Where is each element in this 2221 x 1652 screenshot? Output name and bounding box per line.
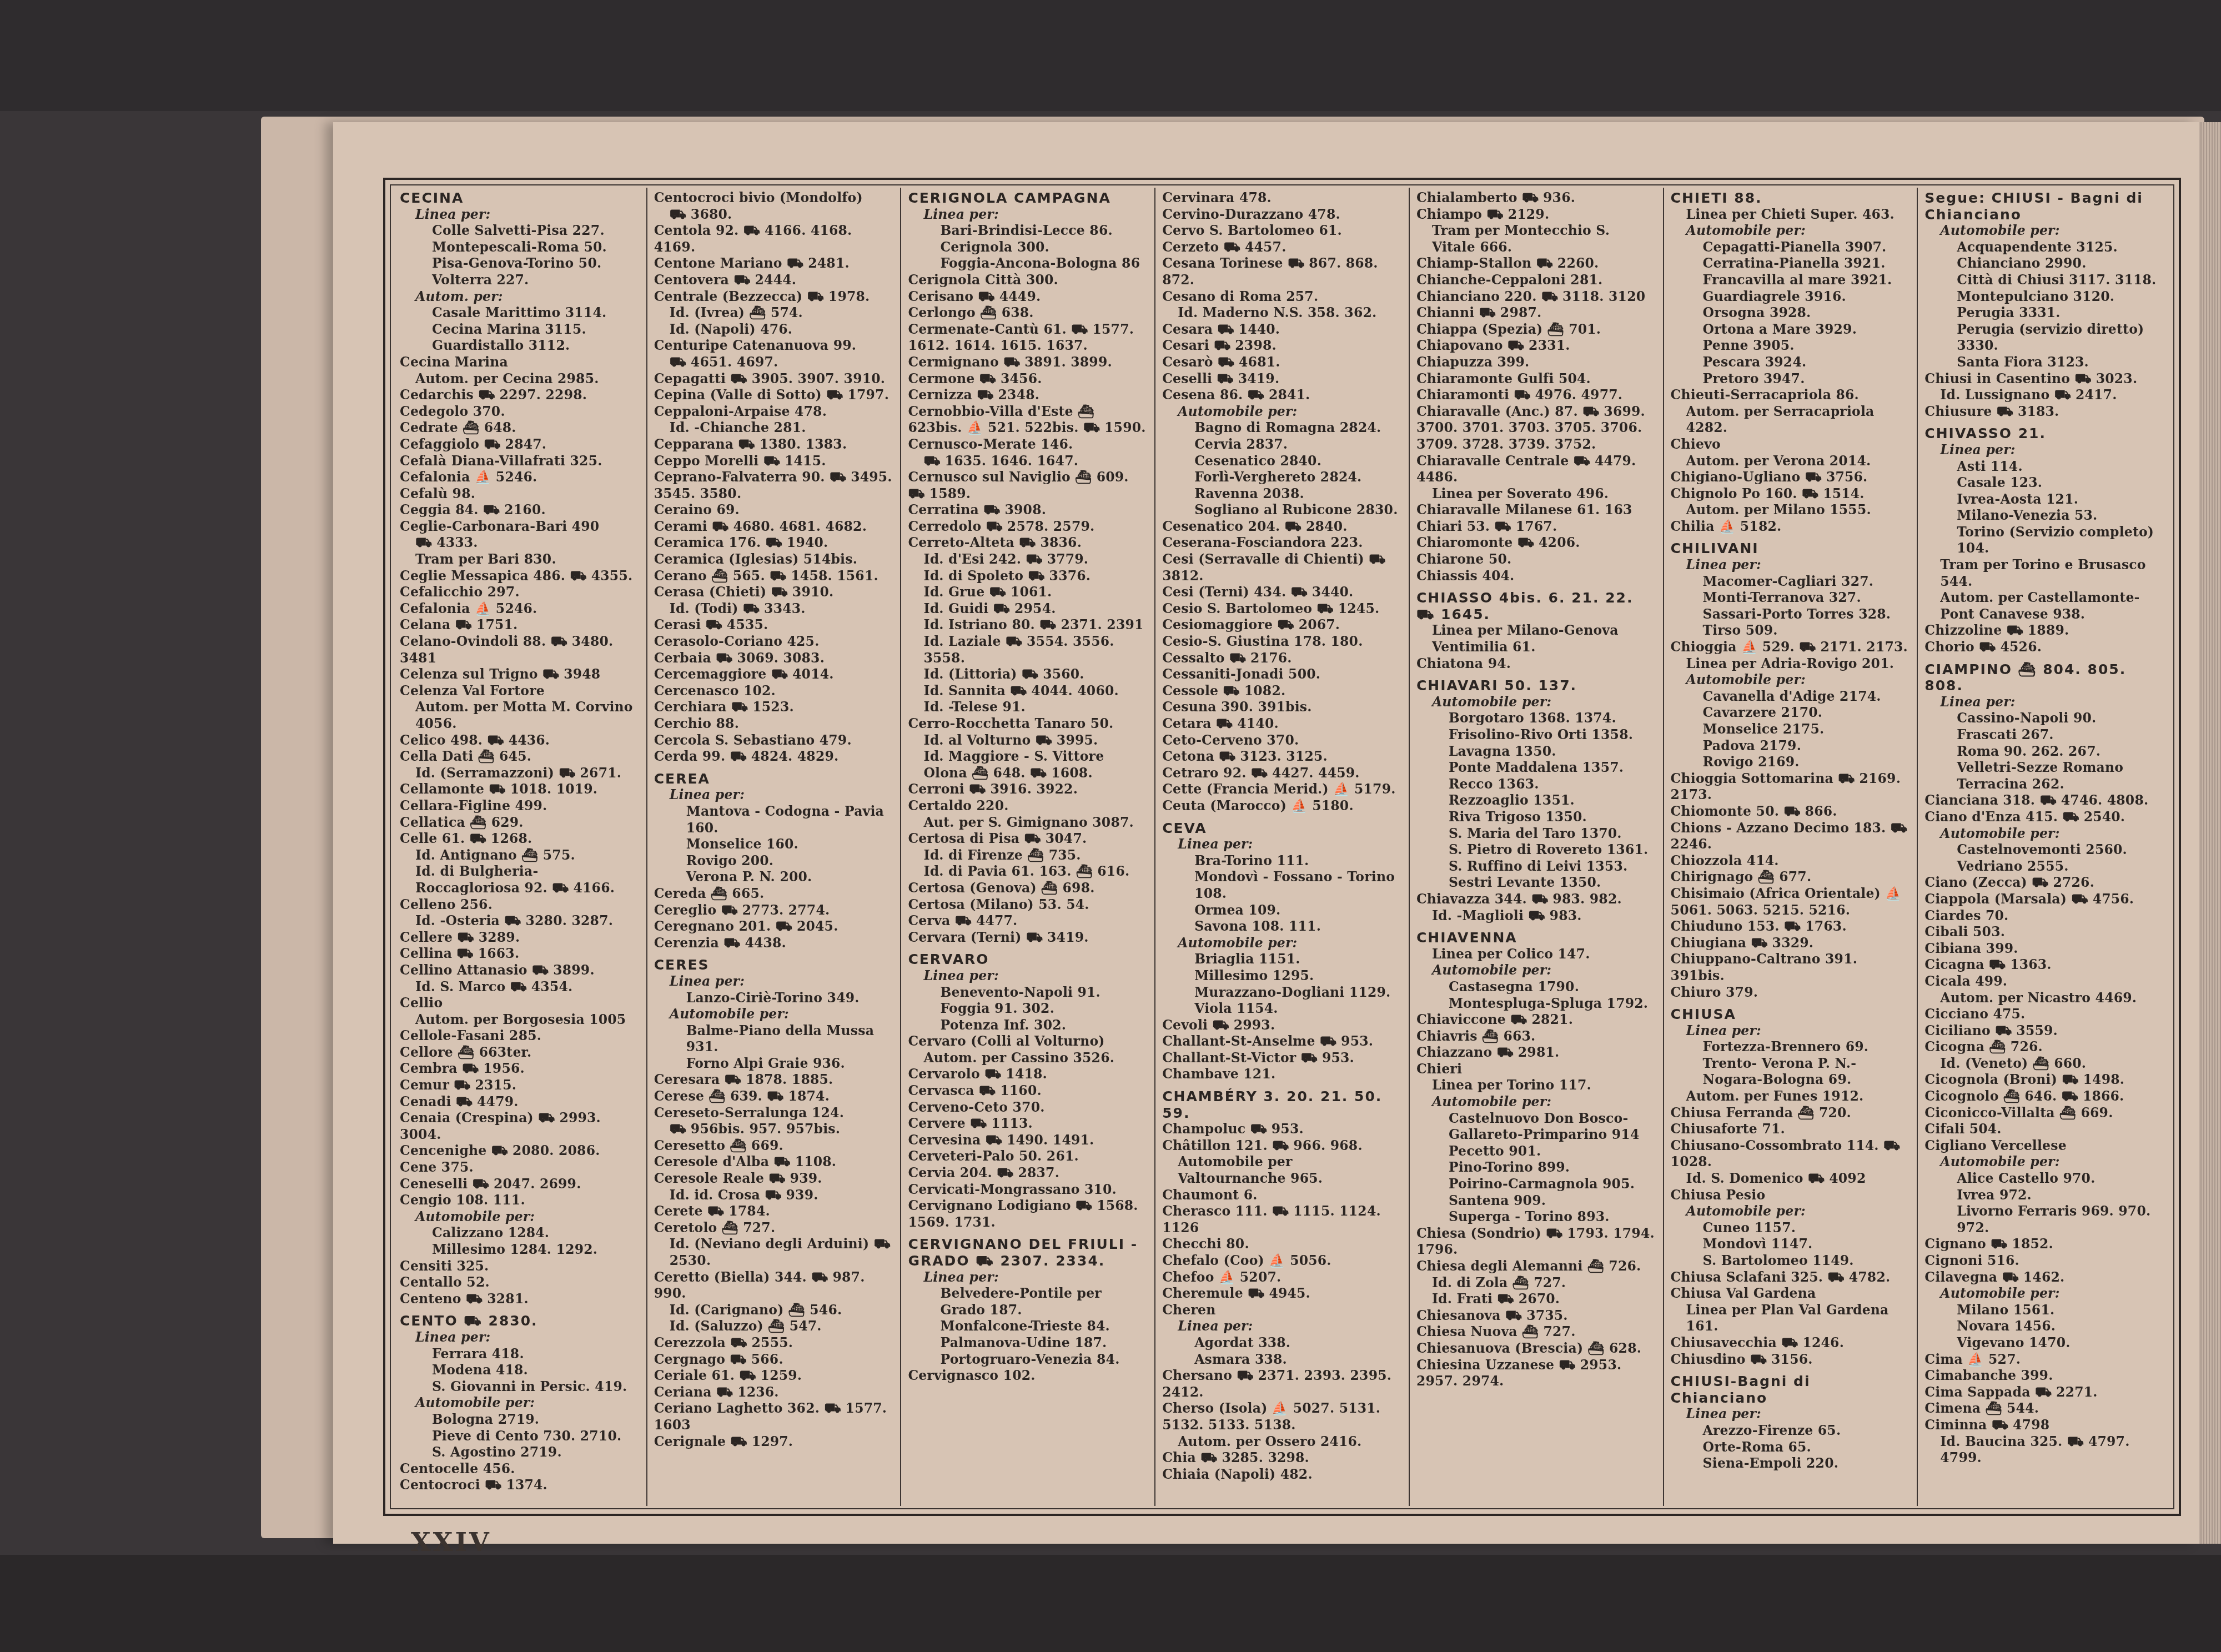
- service-label: Automobile per:: [1162, 404, 1403, 420]
- index-entry: Cepparana ⛟ 1380. 1383.: [654, 436, 895, 453]
- index-entry: Id. Sannita ⛟ 4044. 4060.: [908, 683, 1149, 700]
- index-entry: Monselice 160.: [654, 836, 895, 853]
- index-entry: Id. di Pavia 61. 163. ⛴ 616.: [908, 863, 1149, 880]
- index-entry: Cesana Torinese ⛟ 867. 868. 872.: [1162, 255, 1403, 288]
- service-label: Automobile per:: [1416, 694, 1657, 711]
- index-entry: Montepulciano 3120.: [1924, 289, 2165, 305]
- index-entry: Cecina Marina: [400, 354, 641, 371]
- index-entry: Verona P. N. 200.: [654, 869, 895, 886]
- index-entry: Cerveno-Ceto 370.: [908, 1099, 1149, 1116]
- index-entry: Autom. per Cassino 3526.: [908, 1050, 1149, 1067]
- index-entry: Monfalcone-Trieste 84.: [908, 1318, 1149, 1335]
- index-entry: Chiusa Val Gardena: [1671, 1286, 1912, 1302]
- index-entry: Siena-Empoli 220.: [1671, 1455, 1912, 1472]
- index-entry: Castasegna 1790.: [1416, 979, 1657, 996]
- index-entry: Cermone ⛟ 3456.: [908, 371, 1149, 388]
- index-entry: Linea per Milano-Genova Ventimilia 61.: [1416, 622, 1657, 655]
- index-entry: Benevento-Napoli 91.: [908, 985, 1149, 1001]
- index-entry: Cesi (Serravalle di Chienti) ⛟ 3812.: [1162, 551, 1403, 584]
- index-entry: Ceselli ⛟ 3419.: [1162, 371, 1403, 388]
- index-entry: Centuripe Catenanuova 99.: [654, 338, 895, 354]
- service-label: Linea per:: [654, 787, 895, 804]
- index-entry: Cenaia (Crespina) ⛟ 2993. 3004.: [400, 1110, 641, 1143]
- index-entry: Rovigo 2169.: [1671, 754, 1912, 771]
- index-entry: ⛟ 1635. 1646. 1647.: [908, 453, 1149, 470]
- section-heading: CHIASSO 4bis. 6. 21. 22. ⛟ 1645.: [1416, 590, 1657, 622]
- section-heading: Segue: CHIUSI - Bagni di Chianciano: [1924, 190, 2165, 223]
- index-entry: Id. -Osteria ⛟ 3280. 3287.: [400, 913, 641, 930]
- index-entry: Pino-Torino 899.: [1416, 1159, 1657, 1176]
- index-entry: Celico 498. ⛟ 4436.: [400, 732, 641, 749]
- index-entry: Ciardes 70.: [1924, 908, 2165, 925]
- index-entry: Id. (Veneto) ⛴ 660.: [1924, 1056, 2165, 1072]
- index-entry: Ceresole d'Alba ⛟ 1108.: [654, 1154, 895, 1171]
- index-entry: Cicagna ⛟ 1363.: [1924, 957, 2165, 973]
- index-entry: Autom. per Nicastro 4469.: [1924, 990, 2165, 1007]
- index-entry: Ceriana ⛟ 1236.: [654, 1384, 895, 1401]
- index-entry: Certaldo 220.: [908, 798, 1149, 815]
- section-heading: CEVA: [1162, 820, 1403, 837]
- index-entry: Id. (Serramazzoni) ⛟ 2671.: [400, 765, 641, 782]
- index-entry: Cella Dati ⛴ 645.: [400, 749, 641, 765]
- section-heading: CEREA: [654, 771, 895, 787]
- index-entry: Guardiagrele 3916.: [1671, 289, 1912, 305]
- index-entry: Autom. per Motta M. Corvino 4056.: [400, 699, 641, 732]
- index-entry: Vigevano 1470.: [1924, 1335, 2165, 1352]
- index-entry: Autom. per Funes 1912.: [1671, 1088, 1912, 1105]
- index-entry: Cerasa (Chieti) ⛟ 3910.: [654, 584, 895, 601]
- index-entry: Murazzano-Dogliani 1129.: [1162, 985, 1403, 1001]
- index-entry: Cellio: [400, 995, 641, 1012]
- index-entry: Borgotaro 1368. 1374.: [1416, 710, 1657, 727]
- index-columns: CECINALinea per:Colle Salvetti-Pisa 227.…: [393, 188, 2171, 1506]
- index-entry: Sestri Levante 1350.: [1416, 875, 1657, 891]
- index-entry: Ceresole Reale ⛟ 939.: [654, 1171, 895, 1187]
- index-entry: Id. d'Esi 242. ⛟ 3779.: [908, 551, 1149, 568]
- index-entry: Alice Castello 970.: [1924, 1171, 2165, 1187]
- index-entry: Aut. per S. Gimignano 3087.: [908, 815, 1149, 831]
- index-entry: Linea per Plan Val Gardena 161.: [1671, 1302, 1912, 1335]
- section-heading: CHIAVENNA: [1416, 930, 1657, 946]
- index-entry: Celleno 256.: [400, 897, 641, 913]
- index-entry: Chiatona 94.: [1416, 656, 1657, 672]
- index-entry: Cervasca ⛟ 1160.: [908, 1083, 1149, 1099]
- service-label: Automobile per:: [1416, 962, 1657, 979]
- index-entry: Id. di Bulgheria-Roccagloriosa 92. ⛟ 416…: [400, 863, 641, 896]
- section-heading: CHAMBÉRY 3. 20. 21. 50. 59.: [1162, 1088, 1403, 1121]
- index-entry: Cefalonia ⛵ 5246.: [400, 469, 641, 486]
- index-entry: Ceriano Laghetto 362. ⛟ 1577. 1603: [654, 1400, 895, 1433]
- index-entry: Cibiana 399.: [1924, 941, 2165, 957]
- index-entry: Certosa (Genova) ⛴ 698.: [908, 880, 1149, 897]
- index-entry: Centocroci ⛟ 1374.: [400, 1477, 641, 1494]
- index-entry: Mondovì - Fossano - Torino 108.: [1162, 869, 1403, 902]
- index-entry: Cerveteri-Palo 50. 261.: [908, 1148, 1149, 1165]
- index-entry: Cervarolo ⛟ 1418.: [908, 1066, 1149, 1083]
- index-entry: Frisolino-Rivo Orti 1358.: [1416, 727, 1657, 744]
- index-entry: Cefaggiolo ⛟ 2847.: [400, 436, 641, 453]
- index-entry: Ceneselli ⛟ 2047. 2699.: [400, 1176, 641, 1193]
- index-entry: Castelnuovo Don Bosco-Gallareto-Primpari…: [1416, 1111, 1657, 1143]
- index-entry: Cesano di Roma 257.: [1162, 289, 1403, 305]
- index-entry: Ciappola (Marsala) ⛟ 4756.: [1924, 891, 2165, 908]
- index-entry: Challant-St-Victor ⛟ 953.: [1162, 1050, 1403, 1067]
- service-label: Linea per:: [1924, 694, 2165, 711]
- index-column: CERIGNOLA CAMPAGNALinea per:Bari-Brindis…: [901, 188, 1155, 1506]
- index-entry: Id. Baucina 325. ⛟ 4797. 4799.: [1924, 1434, 2165, 1467]
- index-entry: Cavanella d'Adige 2174.: [1671, 689, 1912, 705]
- index-entry: Cedarchis ⛟ 2297. 2298.: [400, 387, 641, 404]
- index-entry: Monti-Terranova 327.: [1671, 590, 1912, 606]
- index-entry: Linea per Torino 117.: [1416, 1077, 1657, 1094]
- index-entry: Tram per Bari 830.: [400, 551, 641, 568]
- index-entry: Ceggia 84. ⛟ 2160.: [400, 502, 641, 519]
- index-entry: Cifali 504.: [1924, 1121, 2165, 1138]
- index-entry: Chiugiana ⛟ 3329.: [1671, 935, 1912, 952]
- index-entry: Viola 1154.: [1162, 1001, 1403, 1017]
- index-entry: Cesi (Terni) 434. ⛟ 3440.: [1162, 584, 1403, 601]
- index-entry: Chiozzola 414.: [1671, 853, 1912, 870]
- index-entry: Challant-St-Anselme ⛟ 953.: [1162, 1033, 1403, 1050]
- index-entry: Celana ⛟ 1751.: [400, 617, 641, 634]
- section-heading: CERVARO: [908, 951, 1149, 968]
- index-entry: S. Pietro di Rovereto 1361.: [1416, 842, 1657, 858]
- index-entry: Chiaravalle Centrale ⛟ 4479. 4486.: [1416, 453, 1657, 486]
- index-entry: Id. Frati ⛟ 2670.: [1416, 1291, 1657, 1308]
- index-entry: Chioggia ⛵ 529. ⛟ 2171. 2173.: [1671, 639, 1912, 656]
- section-heading: CENTO ⛟ 2830.: [400, 1313, 641, 1329]
- index-entry: Torino (Servizio completo) 104.: [1924, 524, 2165, 557]
- index-entry: S. Ruffino di Leivi 1353.: [1416, 858, 1657, 875]
- index-entry: Cernusco sul Naviglio ⛴ 609. ⛟ 1589.: [908, 469, 1149, 502]
- index-entry: Id. di Spoleto ⛟ 3376.: [908, 568, 1149, 585]
- index-entry: Id. Antignano ⛴ 575.: [400, 847, 641, 864]
- index-entry: Cervia 2837.: [1162, 436, 1403, 453]
- section-heading: CERES: [654, 957, 895, 973]
- index-entry: Ceregnano 201. ⛟ 2045.: [654, 918, 895, 935]
- index-entry: Superga - Torino 893.: [1416, 1209, 1657, 1226]
- page-number: XXIV: [411, 1527, 491, 1557]
- index-entry: Autom. per Cecina 2985.: [400, 371, 641, 388]
- index-entry: Linea per Adria-Rovigo 201.: [1671, 656, 1912, 672]
- index-entry: Cassino-Napoli 90.: [1924, 710, 2165, 727]
- index-entry: Padova 2179.: [1671, 738, 1912, 755]
- section-heading: CECINA: [400, 190, 641, 207]
- index-entry: Volterra 227.: [400, 272, 641, 289]
- service-label: Linea per:: [908, 968, 1149, 985]
- index-entry: Cepina (Valle di Sotto) ⛟ 1797.: [654, 387, 895, 404]
- index-entry: Cervaro (Colli al Volturno): [908, 1033, 1149, 1050]
- index-entry: Savona 108. 111.: [1162, 918, 1403, 935]
- index-entry: Cimena ⛴ 544.: [1924, 1400, 2165, 1417]
- index-entry: Forlì-Verghereto 2824.: [1162, 469, 1403, 486]
- index-entry: Cellara-Figline 499.: [400, 798, 641, 815]
- index-entry: Chieuti-Serracapriola 86.: [1671, 387, 1912, 404]
- index-entry: Cigliano Vercellese: [1924, 1138, 2165, 1154]
- index-entry: Autom. per Verona 2014.: [1671, 453, 1912, 470]
- index-entry: Cherasco 111. ⛟ 1115. 1124. 1126: [1162, 1203, 1403, 1236]
- index-entry: Cerezzola ⛟ 2555.: [654, 1335, 895, 1352]
- index-entry: Cerda 99. ⛟ 4824. 4829.: [654, 749, 895, 765]
- index-entry: Cellina ⛟ 1663.: [400, 946, 641, 962]
- index-entry: Cicciano 475.: [1924, 1006, 2165, 1023]
- index-entry: Id. (Carignano) ⛴ 546.: [654, 1302, 895, 1319]
- index-entry: Cernizza ⛟ 2348.: [908, 387, 1149, 404]
- index-entry: Orte-Roma 65.: [1671, 1439, 1912, 1456]
- index-entry: Ceretto (Biella) 344. ⛟ 987. 990.: [654, 1269, 895, 1302]
- index-entry: Cessalto ⛟ 2176.: [1162, 650, 1403, 667]
- index-entry: Ravenna 2038.: [1162, 486, 1403, 503]
- index-entry: Centovera ⛟ 2444.: [654, 272, 895, 289]
- index-entry: Belvedere-Pontile per Grado 187.: [908, 1286, 1149, 1318]
- index-entry: Guardistallo 3112.: [400, 338, 641, 354]
- index-entry: Ceresara ⛟ 1878. 1885.: [654, 1072, 895, 1088]
- index-entry: Ceramica (Iglesias) 514bis.: [654, 551, 895, 568]
- index-entry: Cervicati-Mongrassano 310.: [908, 1182, 1149, 1198]
- index-entry: Cerratina ⛟ 3908.: [908, 502, 1149, 519]
- index-entry: Colle Salvetti-Pisa 227.: [400, 223, 641, 239]
- index-entry: Velletri-Sezze Romano Terracina 262.: [1924, 760, 2165, 792]
- index-entry: Centallo 52.: [400, 1274, 641, 1291]
- index-entry: Cellatica ⛴ 629.: [400, 815, 641, 831]
- index-entry: Chiusano-Cossombrato 114. ⛟ 1028.: [1671, 1138, 1912, 1171]
- index-entry: Chiaramonte Gulfi 504.: [1416, 371, 1657, 388]
- service-label: Linea per:: [1671, 1406, 1912, 1423]
- index-entry: Cesiomaggiore ⛟ 2067.: [1162, 617, 1403, 634]
- index-entry: Chiesina Uzzanese ⛟ 2953. 2957. 2974.: [1416, 1357, 1657, 1390]
- index-entry: Châtillon 121. ⛟ 966. 968.: [1162, 1138, 1403, 1154]
- index-entry: Cesarò ⛟ 4681.: [1162, 354, 1403, 371]
- index-entry: Rezzoaglio 1351.: [1416, 792, 1657, 809]
- index-entry: Sogliano al Rubicone 2830.: [1162, 502, 1403, 519]
- index-entry: Cereda ⛴ 665.: [654, 886, 895, 902]
- index-entry: Balme-Piano della Mussa 931.: [654, 1023, 895, 1056]
- index-entry: Cesuna 390. 391bis.: [1162, 699, 1403, 716]
- index-entry: Cicognolo ⛴ 646. ⛟ 1866.: [1924, 1088, 2165, 1105]
- index-entry: Tram per Torino e Brusasco 544.: [1924, 557, 2165, 590]
- index-entry: Cicogna ⛴ 726.: [1924, 1039, 2165, 1056]
- index-entry: Cefalonia ⛵ 5246.: [400, 601, 641, 617]
- index-entry: Chiamp-Stallon ⛟ 2260.: [1416, 255, 1657, 272]
- service-label: Linea per:: [1162, 836, 1403, 853]
- index-entry: Certosa (Milano) 53. 54.: [908, 897, 1149, 913]
- book-page: CECINALinea per:Colle Salvetti-Pisa 227.…: [333, 122, 2199, 1544]
- section-heading: CHIUSA: [1671, 1006, 1912, 1023]
- index-entry: Bra-Torino 111.: [1162, 853, 1403, 870]
- index-entry: Ceppo Morelli ⛟ 1415.: [654, 453, 895, 470]
- index-entry: Cuneo 1157.: [1671, 1220, 1912, 1237]
- index-entry: Roma 90. 262. 267.: [1924, 744, 2165, 760]
- index-entry: Novara 1456.: [1924, 1318, 2165, 1335]
- index-entry: Vedriano 2555.: [1924, 858, 2165, 875]
- section-heading: CIAMPINO ⛴ 804. 805. 808.: [1924, 661, 2165, 694]
- service-label: Linea per:: [1924, 442, 2165, 459]
- index-entry: Cherso (Isola) ⛵ 5027. 5131. 5132. 5133.…: [1162, 1400, 1403, 1433]
- index-entry: Cencenighe ⛟ 2080. 2086.: [400, 1143, 641, 1159]
- index-entry: Cercola S. Sebastiano 479.: [654, 732, 895, 749]
- index-entry: Cerignola 300.: [908, 239, 1149, 256]
- index-entry: Chiusa Ferranda ⛴ 720.: [1671, 1105, 1912, 1122]
- index-entry: Cerva ⛟ 4477.: [908, 913, 1149, 930]
- index-entry: Francavilla al mare 3921.: [1671, 272, 1912, 289]
- index-entry: Cellole-Fasani 285.: [400, 1028, 641, 1045]
- index-column: Cervinara 478.Cervino-Durazzano 478.Cerv…: [1155, 188, 1410, 1506]
- section-heading: CHIETI 88.: [1671, 190, 1912, 207]
- index-entry: Ceprano-Falvaterra 90. ⛟ 3495. 3545. 358…: [654, 469, 895, 502]
- index-entry: Id. al Volturno ⛟ 3995.: [908, 732, 1149, 749]
- service-label: Automobile per:: [1671, 672, 1912, 689]
- index-entry: Chiaravalle Milanese 61. 163: [1416, 502, 1657, 519]
- index-entry: Montepescali-Roma 50.: [400, 239, 641, 256]
- index-entry: Autom. per Borgosesia 1005: [400, 1012, 641, 1028]
- index-entry: Chia ⛟ 3285. 3298.: [1162, 1450, 1403, 1467]
- index-entry: Pescara 3924.: [1671, 354, 1912, 371]
- index-entry: Cicognola (Broni) ⛟ 1498.: [1924, 1072, 2165, 1088]
- index-entry: Chiesanuova (Brescia) ⛴ 628.: [1416, 1340, 1657, 1357]
- index-entry: Ormea 109.: [1162, 902, 1403, 919]
- index-entry: Champoluc ⛟ 953.: [1162, 1121, 1403, 1138]
- index-entry: Casale 123.: [1924, 475, 2165, 491]
- service-label: Automobile per:: [1671, 223, 1912, 239]
- index-entry: Chiomonte 50. ⛟ 866.: [1671, 804, 1912, 820]
- index-entry: Cene 375.: [400, 1159, 641, 1176]
- index-entry: Id. (Napoli) 476.: [654, 322, 895, 338]
- index-entry: Chiesa (Sondrio) ⛟ 1793. 1794. 1796.: [1416, 1226, 1657, 1258]
- index-entry: Chiappa (Spezia) ⛴ 701.: [1416, 322, 1657, 338]
- index-entry: Id. S. Marco ⛟ 4354.: [400, 979, 641, 996]
- index-entry: Centocroci bivio (Mondolfo): [654, 190, 895, 207]
- index-entry: Cerignale ⛟ 1297.: [654, 1434, 895, 1450]
- index-entry: Cerisano ⛟ 4449.: [908, 289, 1149, 305]
- index-entry: Calizzano 1284.: [400, 1225, 641, 1242]
- index-entry: Ciconicco-Villalta ⛴ 669.: [1924, 1105, 2165, 1122]
- index-column: CECINALinea per:Colle Salvetti-Pisa 227.…: [393, 188, 647, 1506]
- service-label: Linea per:: [400, 207, 641, 223]
- index-entry: Chiusaforte 71.: [1671, 1121, 1912, 1138]
- index-entry: Cervignasco 102.: [908, 1368, 1149, 1384]
- index-entry: Chiavazza 344. ⛟ 983. 982.: [1416, 891, 1657, 908]
- index-entry: Linea per Soverato 496.: [1416, 486, 1657, 503]
- index-entry: Cecina Marina 3115.: [400, 322, 641, 338]
- index-entry: Chianche-Ceppaloni 281.: [1416, 272, 1657, 289]
- index-entry: Asmara 338.: [1162, 1352, 1403, 1368]
- index-entry: Chiarone 50.: [1416, 551, 1657, 568]
- section-heading: CERIGNOLA CAMPAGNA: [908, 190, 1149, 207]
- index-entry: Ciano d'Enza 415. ⛟ 2540.: [1924, 809, 2165, 826]
- index-entry: Mantova - Codogna - Pavia 160.: [654, 804, 895, 836]
- index-entry: Mondovì 1147.: [1671, 1236, 1912, 1253]
- index-entry: Millesimo 1284. 1292.: [400, 1242, 641, 1258]
- index-entry: Montespluga-Spluga 1792.: [1416, 996, 1657, 1012]
- index-entry: Id. (Littoria) ⛟ 3560.: [908, 666, 1149, 683]
- index-entry: Cilavegna ⛟ 1462.: [1924, 1269, 2165, 1286]
- index-entry: ⛟ 3680.: [654, 207, 895, 223]
- index-entry: Trento- Verona P. N.- Nogara-Bologna 69.: [1671, 1056, 1912, 1088]
- index-entry: Forno Alpi Graie 936.: [654, 1056, 895, 1072]
- index-entry: Cemur ⛟ 2315.: [400, 1077, 641, 1094]
- index-entry: Cervino-Durazzano 478.: [1162, 207, 1403, 223]
- index-entry: Cermenate-Cantù 61. ⛟ 1577. 1612. 1614. …: [908, 322, 1149, 354]
- index-entry: Chiaromonte ⛟ 4206.: [1416, 535, 1657, 551]
- index-entry: Ceuta (Marocco) ⛵ 5180.: [1162, 798, 1403, 815]
- index-entry: Chigiano-Ugliano ⛟ 3756.: [1671, 469, 1912, 486]
- index-entry: Chirignago ⛴ 677.: [1671, 869, 1912, 886]
- index-entry: Cesenatico 204. ⛟ 2840.: [1162, 519, 1403, 535]
- index-entry: Pretoro 3947.: [1671, 371, 1912, 388]
- index-entry: Potenza Inf. 302.: [908, 1017, 1149, 1034]
- index-entry: Rovigo 200.: [654, 853, 895, 870]
- index-entry: Chiuppano-Caltrano 391. 391bis.: [1671, 951, 1912, 984]
- index-entry: Id. di Firenze ⛴ 735.: [908, 847, 1149, 864]
- index-entry: Perugia (servizio diretto) 3330.: [1924, 322, 2165, 354]
- index-entry: Celano-Ovindoli 88. ⛟ 3480. 3481: [400, 634, 641, 666]
- index-entry: Bagno di Romagna 2824.: [1162, 420, 1403, 436]
- service-label: Automobile per:: [1924, 223, 2165, 239]
- index-entry: Ceriale 61. ⛟ 1259.: [654, 1368, 895, 1384]
- index-entry: Chianciano 2990.: [1924, 255, 2165, 272]
- index-entry: Chiampo ⛟ 2129.: [1416, 207, 1657, 223]
- index-entry: Censiti 325.: [400, 1258, 641, 1275]
- index-entry: Cesenatico 2840.: [1162, 453, 1403, 470]
- index-entry: Autom. per Milano 1555.: [1671, 502, 1912, 519]
- index-entry: Cercenasco 102.: [654, 683, 895, 700]
- index-entry: Chianciano 220. ⛟ 3118. 3120: [1416, 289, 1657, 305]
- index-entry: Cignoni 516.: [1924, 1253, 2165, 1269]
- index-entry: Palmanova-Udine 187.: [908, 1335, 1149, 1352]
- index-entry: Cefalù 98.: [400, 486, 641, 503]
- index-entry: Cerbaia ⛟ 3069. 3083.: [654, 650, 895, 667]
- service-label: Automobile per:: [1162, 935, 1403, 952]
- index-entry: Ciciliano ⛟ 3559.: [1924, 1023, 2165, 1040]
- index-entry: Ceglie Messapica 486. ⛟ 4355.: [400, 568, 641, 585]
- index-entry: Cerzeto ⛟ 4457.: [1162, 239, 1403, 256]
- index-entry: Id. Lussignano ⛟ 2417.: [1924, 387, 2165, 404]
- index-entry: Santena 909.: [1416, 1193, 1657, 1209]
- index-entry: Cengio 108. 111.: [400, 1192, 641, 1209]
- index-entry: Orsogna 3928.: [1671, 305, 1912, 322]
- index-entry: Chisimaio (Africa Orientale) ⛵ 5061. 506…: [1671, 886, 1912, 918]
- service-label: Automobile per:: [400, 1209, 641, 1226]
- index-entry: Autom. per Castellamonte-Pont Canavese 9…: [1924, 590, 2165, 622]
- index-entry: Linea per Colico 147.: [1416, 946, 1657, 963]
- index-entry: Cereseto-Serralunga 124.: [654, 1105, 895, 1122]
- index-entry: Chambave 121.: [1162, 1066, 1403, 1083]
- index-entry: Cerreto-Alteta ⛟ 3836.: [908, 535, 1149, 551]
- index-entry: Cenadi ⛟ 4479.: [400, 1094, 641, 1111]
- index-column: CHIETI 88.Linea per Chieti Super. 463.Au…: [1664, 188, 1918, 1506]
- index-entry: ⛟ 4651. 4697.: [654, 354, 895, 371]
- index-entry: Id. Guidi ⛟ 2954.: [908, 601, 1149, 617]
- index-entry: Id. (Ivrea) ⛴ 574.: [654, 305, 895, 322]
- index-entry: Recco 1363.: [1416, 776, 1657, 793]
- index-entry: Chiusa Sclafani 325. ⛟ 4782.: [1671, 1269, 1912, 1286]
- index-entry: Id. -Telese 91.: [908, 699, 1149, 716]
- index-entry: Centrale (Bezzecca) ⛟ 1978.: [654, 289, 895, 305]
- index-entry: Frascati 267.: [1924, 727, 2165, 744]
- index-entry: Chions - Azzano Decimo 183. ⛟ 2246.: [1671, 820, 1912, 853]
- index-entry: Celenza Val Fortore: [400, 683, 641, 700]
- index-entry: Cicala 499.: [1924, 973, 2165, 990]
- index-entry: Checchi 80.: [1162, 1236, 1403, 1253]
- index-entry: Autom. per Ossero 2416.: [1162, 1434, 1403, 1450]
- index-entry: Cimabanche 399.: [1924, 1368, 2165, 1384]
- binder-background-top: [0, 0, 2221, 111]
- index-entry: Id. -Chianche 281.: [654, 420, 895, 436]
- index-entry: Cianciana 318. ⛟ 4746. 4808.: [1924, 792, 2165, 809]
- index-entry: Centola 92. ⛟ 4166. 4168. 4169.: [654, 223, 895, 255]
- index-entry: Cergnago ⛟ 566.: [654, 1352, 895, 1368]
- index-entry: Chianni ⛟ 2987.: [1416, 305, 1657, 322]
